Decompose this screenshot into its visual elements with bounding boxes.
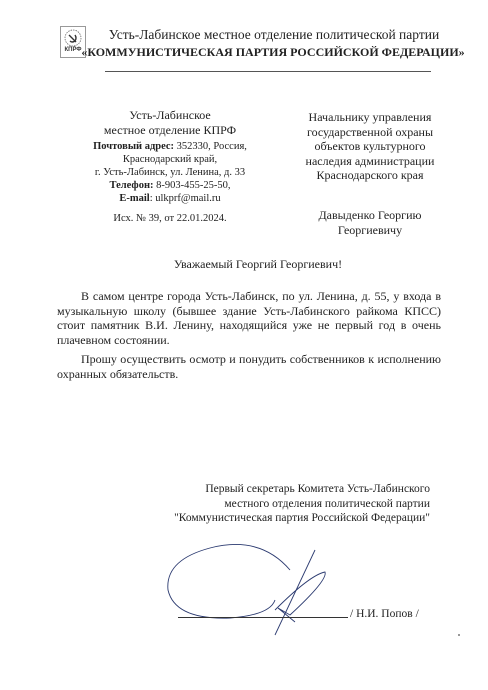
signature-title: Первый секретарь Комитета Усть-Лабинског… (170, 482, 430, 526)
letterhead-divider (105, 71, 431, 72)
signature-underline (178, 617, 348, 618)
sender-block: Усть-Лабинское местное отделение КПРФ По… (85, 108, 255, 225)
recipient-name-line1: Давыденко Георгию (280, 208, 460, 223)
letterhead-line1: Усть-Лабинское местное отделение политич… (0, 27, 488, 43)
scan-speck (458, 634, 460, 636)
body-paragraph: В самом центре города Усть-Лабинск, по у… (57, 289, 441, 347)
signature-line: Первый секретарь Комитета Усть-Лабинског… (170, 482, 430, 497)
letterhead-line2: «КОММУНИСТИЧЕСКАЯ ПАРТИЯ РОССИЙСКОЙ ФЕДЕ… (0, 45, 488, 60)
sender-email: E-mail: ulkprf@mail.ru (85, 192, 255, 205)
recipient-line: государственной охраны (280, 125, 460, 140)
handwritten-signature (160, 530, 340, 640)
phone-value: 8-903-455-25-50, (154, 180, 231, 191)
email-label: E-mail (119, 193, 149, 204)
recipient-line: объектов культурного (280, 139, 460, 154)
address-label: Почтовый адрес: (93, 141, 174, 152)
phone-label: Телефон: (109, 180, 153, 191)
recipient-line: Краснодарского края (280, 168, 460, 183)
recipient-name: Давыденко Георгию Георгиевичу (280, 208, 460, 237)
outgoing-number: Исх. № 39, от 22.01.2024. (85, 212, 255, 225)
letter-body: В самом центре города Усть-Лабинск, по у… (57, 289, 441, 386)
recipient-block: Начальнику управления государственной ох… (280, 110, 460, 183)
sender-address-line3: г. Усть-Лабинск, ул. Ленина, д. 33 (85, 166, 255, 179)
sender-org-line1: Усть-Лабинское (85, 108, 255, 123)
recipient-line: наследия администрации (280, 154, 460, 169)
sender-phone: Телефон: 8-903-455-25-50, (85, 179, 255, 192)
signature-line: "Коммунистическая партия Российской Феде… (170, 511, 430, 526)
body-paragraph: Прошу осуществить осмотр и понудить собс… (57, 352, 441, 381)
greeting: Уважаемый Георгий Георгиевич! (0, 257, 488, 272)
address-value: 352330, Россия, (174, 141, 247, 152)
signature-line: местного отделения политической партии (170, 497, 430, 512)
sender-address-line1: Почтовый адрес: 352330, Россия, (85, 140, 255, 153)
recipient-line: Начальнику управления (280, 110, 460, 125)
signatory-name: / Н.И. Попов / (350, 608, 419, 620)
recipient-name-line2: Георгиевичу (280, 223, 460, 238)
email-value: : ulkprf@mail.ru (150, 193, 221, 204)
sender-org-line2: местное отделение КПРФ (85, 123, 255, 138)
sender-address-line2: Краснодарский край, (85, 153, 255, 166)
